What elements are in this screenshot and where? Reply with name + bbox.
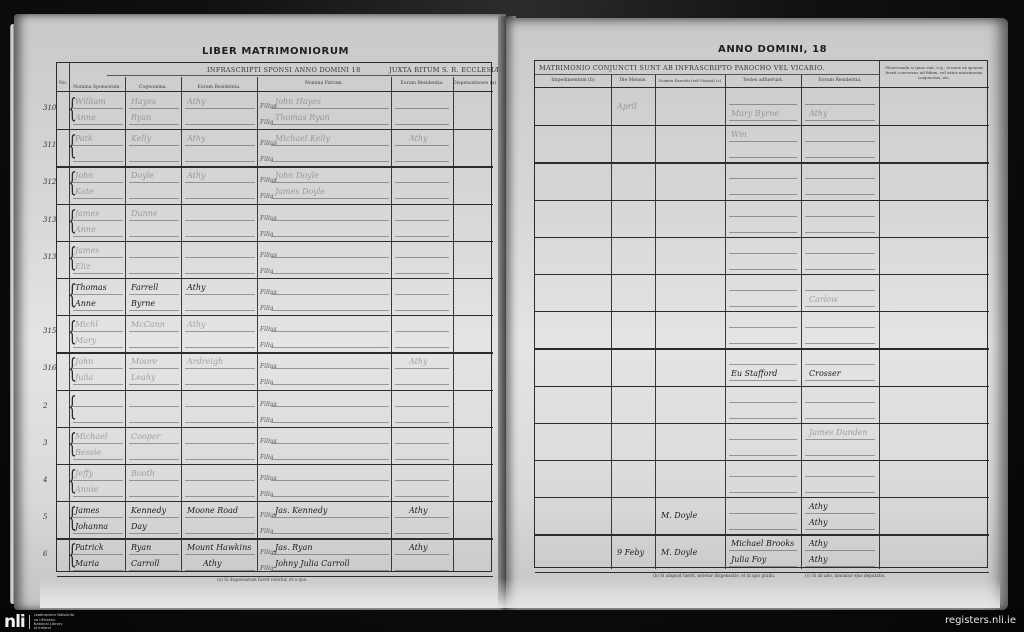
residence: Athy xyxy=(187,320,206,329)
fathers-residence: Athy xyxy=(409,357,428,366)
groom-name: William xyxy=(75,97,106,106)
register-table-left: Infrascripti sponsi anno Domini 18 juxta… xyxy=(56,62,492,572)
filius-label: Filius xyxy=(260,252,277,259)
father-of-groom: John Hayes xyxy=(275,97,321,106)
witness-2-residence: Carlow xyxy=(809,295,838,304)
page-bottom-highlight xyxy=(40,578,1000,608)
groom-name: Michael xyxy=(75,432,107,441)
entry-number: 311 xyxy=(43,141,56,149)
col-header-no: No. xyxy=(57,81,69,86)
left-page: LIBER MATRIMONIORUM Infrascripti sponsi … xyxy=(14,14,506,610)
witness-2-residence: Athy xyxy=(809,109,828,118)
witness-1: Michael Brooks xyxy=(731,539,794,548)
fathers-residence: Athy xyxy=(409,506,428,515)
priest-name: M. Doyle xyxy=(661,548,697,557)
left-page-title: LIBER MATRIMONIORUM xyxy=(202,46,349,57)
filius-label: Filius xyxy=(260,475,277,482)
groom-surname: Moore xyxy=(131,357,157,366)
residence: Athy xyxy=(187,134,206,143)
filia-label: Filia xyxy=(260,491,274,498)
logo-text: Leabharlann Náisiúnta na hÉireann Nation… xyxy=(34,613,74,630)
father-of-groom: Jas. Ryan xyxy=(275,543,313,552)
filia-label: Filia xyxy=(260,379,274,386)
priest-name: M. Doyle xyxy=(661,511,697,520)
witness-1-residence: James Dunden xyxy=(809,428,868,437)
col-header-residentia: Eorum Residentia. xyxy=(181,85,257,90)
groom-name: Patk xyxy=(75,134,93,143)
witness-2-residence: Athy xyxy=(809,555,828,564)
witness-2: Mary Byrne xyxy=(731,109,779,118)
filius-label: Filius xyxy=(260,363,277,370)
entry-number: 3 xyxy=(43,439,47,447)
groom-name: John xyxy=(75,171,93,180)
col-header-testes: Testes adfuerunt. xyxy=(725,78,801,83)
filius-label: Filius xyxy=(260,438,277,445)
bride-surname: Leahy xyxy=(131,373,156,382)
fathers-residence: Athy xyxy=(409,543,428,552)
filia-label: Filia xyxy=(260,231,274,238)
filia-label: Filia xyxy=(260,417,274,424)
residence: Mount Hawkins xyxy=(187,543,251,552)
bride-name: Mary xyxy=(75,336,96,345)
col-header-die-mensis: Die Mensis. xyxy=(611,78,655,83)
bride-name: Anne xyxy=(75,299,96,308)
bride-surname: Carroll xyxy=(131,559,159,568)
right-page: ANNO DOMINI, 18 Matrimonio conjuncti sun… xyxy=(506,18,1008,610)
right-page-title: ANNO DOMINI, 18 xyxy=(718,44,827,55)
groom-name: Jeffy xyxy=(75,469,93,478)
brace-glyph: { xyxy=(68,394,77,420)
groom-surname: McCann xyxy=(131,320,165,329)
filia-label: Filia xyxy=(260,268,274,275)
col-header-observanda: Observanda si quae sint, e.g., si unus e… xyxy=(881,65,987,80)
nli-logo[interactable]: nli Leabharlann Náisiúnta na hÉireann Na… xyxy=(4,612,74,632)
witness-1-residence: Athy xyxy=(809,502,828,511)
bride-surname: Day xyxy=(131,522,147,531)
residence-line2: Athy xyxy=(203,559,222,568)
bride-name: Kate xyxy=(75,187,94,196)
groom-name: Thomas xyxy=(75,283,107,292)
residence: Ardreigh xyxy=(187,357,223,366)
nli-logo-mark: nli xyxy=(4,612,25,632)
witness-1: Wm xyxy=(731,130,747,139)
residence: Moone Road xyxy=(187,506,238,515)
filius-label: Filius xyxy=(260,215,277,222)
marriage-date: 9 Feby xyxy=(617,548,644,557)
entry-number: 5 xyxy=(43,513,47,521)
register-table-right: Matrimonio conjuncti sunt ab infrascript… xyxy=(534,60,988,568)
marriage-date: April xyxy=(617,102,637,111)
groom-name: James xyxy=(75,209,99,218)
bride-name: Annie xyxy=(75,485,98,494)
filia-label: Filia xyxy=(260,156,274,163)
filia-label: Filia xyxy=(260,565,274,572)
entry-number: 316 xyxy=(43,364,56,372)
entry-number: 2 xyxy=(43,402,47,410)
father-of-bride: James Doyle xyxy=(275,187,325,196)
entry-number: 312 xyxy=(43,178,56,186)
witness-2-residence: Athy xyxy=(809,518,828,527)
father-of-groom: John Doyle xyxy=(275,171,319,180)
bride-name: Maria xyxy=(75,559,99,568)
filia-label: Filia xyxy=(260,305,274,312)
entry-number: 315 xyxy=(43,327,56,335)
col-header-impedimentum: Impedimentum (b) xyxy=(535,78,611,83)
banner-matrimonio: Matrimonio conjuncti sunt ab infrascript… xyxy=(539,64,825,72)
bride-surname: Ryan xyxy=(131,113,151,122)
bride-surname: Byrne xyxy=(131,299,155,308)
groom-name: John xyxy=(75,357,93,366)
bride-name: Eliz xyxy=(75,262,90,271)
groom-surname: Farrell xyxy=(131,283,158,292)
filius-label: Filius xyxy=(260,326,277,333)
col-header-sponsi: Nomina Sponsorum. xyxy=(69,85,125,90)
father-of-bride: Johny Julia Carroll xyxy=(275,559,350,568)
groom-surname: Kelly xyxy=(131,134,151,143)
bride-name: Anne xyxy=(75,113,96,122)
entry-number: 6 xyxy=(43,550,47,558)
father-of-bride: Thomas Ryan xyxy=(275,113,330,122)
witness-2: Eu Stafford xyxy=(731,369,777,378)
bride-name: Johanna xyxy=(75,522,108,531)
groom-surname: Dunne xyxy=(131,209,158,218)
logo-divider xyxy=(29,615,30,629)
col-header-cognomina: Cognomina. xyxy=(125,85,181,90)
witness-2: Julia Foy xyxy=(731,555,766,564)
groom-surname: Cooper xyxy=(131,432,160,441)
entry-number: 313 xyxy=(43,216,56,224)
groom-name: Patrick xyxy=(75,543,104,552)
witness-2-residence: Crosser xyxy=(809,369,841,378)
col-header-dispensationes: Dispensationes (a) xyxy=(453,81,493,86)
groom-surname: Doyle xyxy=(131,171,154,180)
filius-label: Filius xyxy=(260,401,277,408)
groom-surname: Kennedy xyxy=(131,506,166,515)
father-of-groom: Michael Kelly xyxy=(275,134,330,143)
residence: Athy xyxy=(187,97,206,106)
col-header-patres: Nomina Patrum. xyxy=(257,81,391,86)
groom-name: James xyxy=(75,246,99,255)
site-url-link[interactable]: registers.nli.ie xyxy=(945,615,1016,626)
filia-label: Filia xyxy=(260,454,274,461)
witness-1-residence: Athy xyxy=(809,539,828,548)
col-header-parochus: Nomen Parochi (vel Vicarii) (c) xyxy=(655,78,725,83)
residence: Athy xyxy=(187,283,206,292)
groom-name: Michl xyxy=(75,320,98,329)
groom-name: James xyxy=(75,506,99,515)
bride-name: Anne xyxy=(75,225,96,234)
filius-label: Filius xyxy=(260,289,277,296)
bride-name: Julia xyxy=(75,373,93,382)
banner-left: Infrascripti sponsi anno Domini 18 xyxy=(207,66,361,74)
father-of-groom: Jas. Kennedy xyxy=(275,506,327,515)
entry-number: 313 xyxy=(43,253,56,261)
filia-label: Filia xyxy=(260,528,274,535)
entry-number: 310 xyxy=(43,104,56,112)
filia-label: Filia xyxy=(260,119,274,126)
col-header-residentia-testium: Eorum Residentia. xyxy=(801,78,879,83)
col-header-residentia-patrum: Eorum Residentia. xyxy=(391,81,453,86)
filia-label: Filia xyxy=(260,193,274,200)
bride-name: Bessie xyxy=(75,448,101,457)
entry-number: 4 xyxy=(43,476,47,484)
fathers-residence: Athy xyxy=(409,134,428,143)
filia-label: Filia xyxy=(260,342,274,349)
residence: Athy xyxy=(187,171,206,180)
groom-surname: Hayes xyxy=(131,97,156,106)
groom-surname: Ryan xyxy=(131,543,151,552)
groom-surname: Booth xyxy=(131,469,155,478)
banner-right: juxta ritum S. R. Ecclesiæ xyxy=(389,66,501,74)
